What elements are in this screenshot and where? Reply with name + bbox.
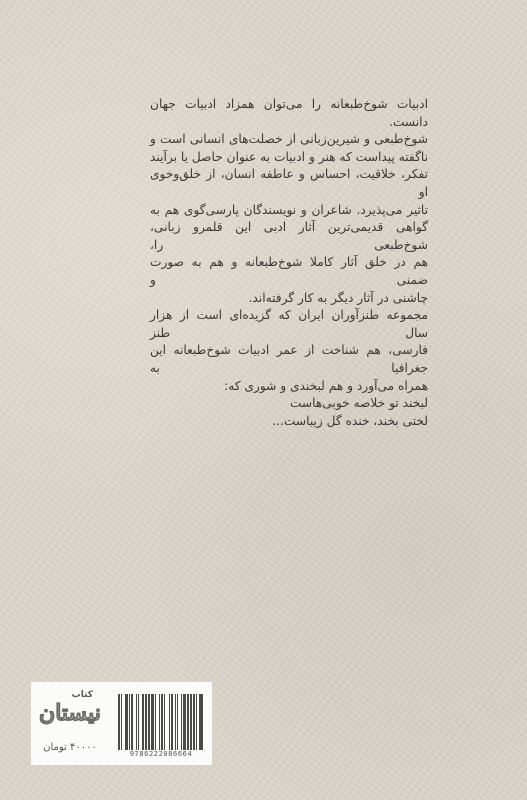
blurb-line: همراه می‌آورد و هم لبخندی و شوری که: xyxy=(150,378,428,396)
barcode-bar xyxy=(203,694,204,750)
verse-line: لبخند تو خلاصه خوبی‌هاست xyxy=(150,395,428,413)
blurb-line: مجموعه طنزآوران ایران که گزیده‌ای است از… xyxy=(150,307,428,342)
verse-line: لختی بخند، خنده گل زیباست... xyxy=(150,413,428,431)
blurb-line: فارسی، هم شناخت از عمر ادبیات شوخ‌طبعانه… xyxy=(150,342,428,377)
cover-fold-line xyxy=(20,0,23,800)
blurb-text: ادبیات شوخ‌طبعانه را می‌توان همزاد ادبیا… xyxy=(150,96,428,430)
price-text: ۴۰۰۰۰ تومان xyxy=(37,742,103,753)
blurb-line: ادبیات شوخ‌طبعانه را می‌توان همزاد ادبیا… xyxy=(150,96,428,131)
blurb-paragraph-2: مجموعه طنزآوران ایران که گزیده‌ای است از… xyxy=(150,307,428,395)
blurb-line: چاشنی در آثار دیگر به کار گرفته‌اند. xyxy=(150,290,428,308)
blurb-line: تفکر، خلاقیت، احساس و عاطفه انسان، از خل… xyxy=(150,166,428,201)
blurb-line: هم در خلق آثار کاملا شوخ‌طبعانه و هم به … xyxy=(150,254,428,289)
blurb-line: گواهی قدیمی‌ترین آثار ادبی این قلمرو زبا… xyxy=(150,219,428,254)
publisher-logo-name: نیستان xyxy=(39,700,101,726)
blurb-line: تاثیر می‌پذیرد. شاعران و نویسندگان پارسی… xyxy=(150,202,428,220)
blurb-verse: لبخند تو خلاصه خوبی‌هاست لختی بخند، خنده… xyxy=(150,395,428,430)
publisher-logo-small-text: کتاب xyxy=(72,690,93,700)
price-barcode-label: کتاب نیستان ۴۰۰۰۰ تومان 9786222086664 xyxy=(31,682,212,765)
blurb-line: ناگفته پیداست که هنر و ادبیات به عنوان ح… xyxy=(150,149,428,167)
barcode xyxy=(118,694,204,750)
isbn-number: 9786222086664 xyxy=(113,750,209,758)
blurb-line: شوخ‌طبعی و شیرین‌زبانی از خصلت‌های انسان… xyxy=(150,131,428,149)
publisher-logo: کتاب نیستان xyxy=(39,690,101,738)
blurb-paragraph-1: ادبیات شوخ‌طبعانه را می‌توان همزاد ادبیا… xyxy=(150,96,428,307)
